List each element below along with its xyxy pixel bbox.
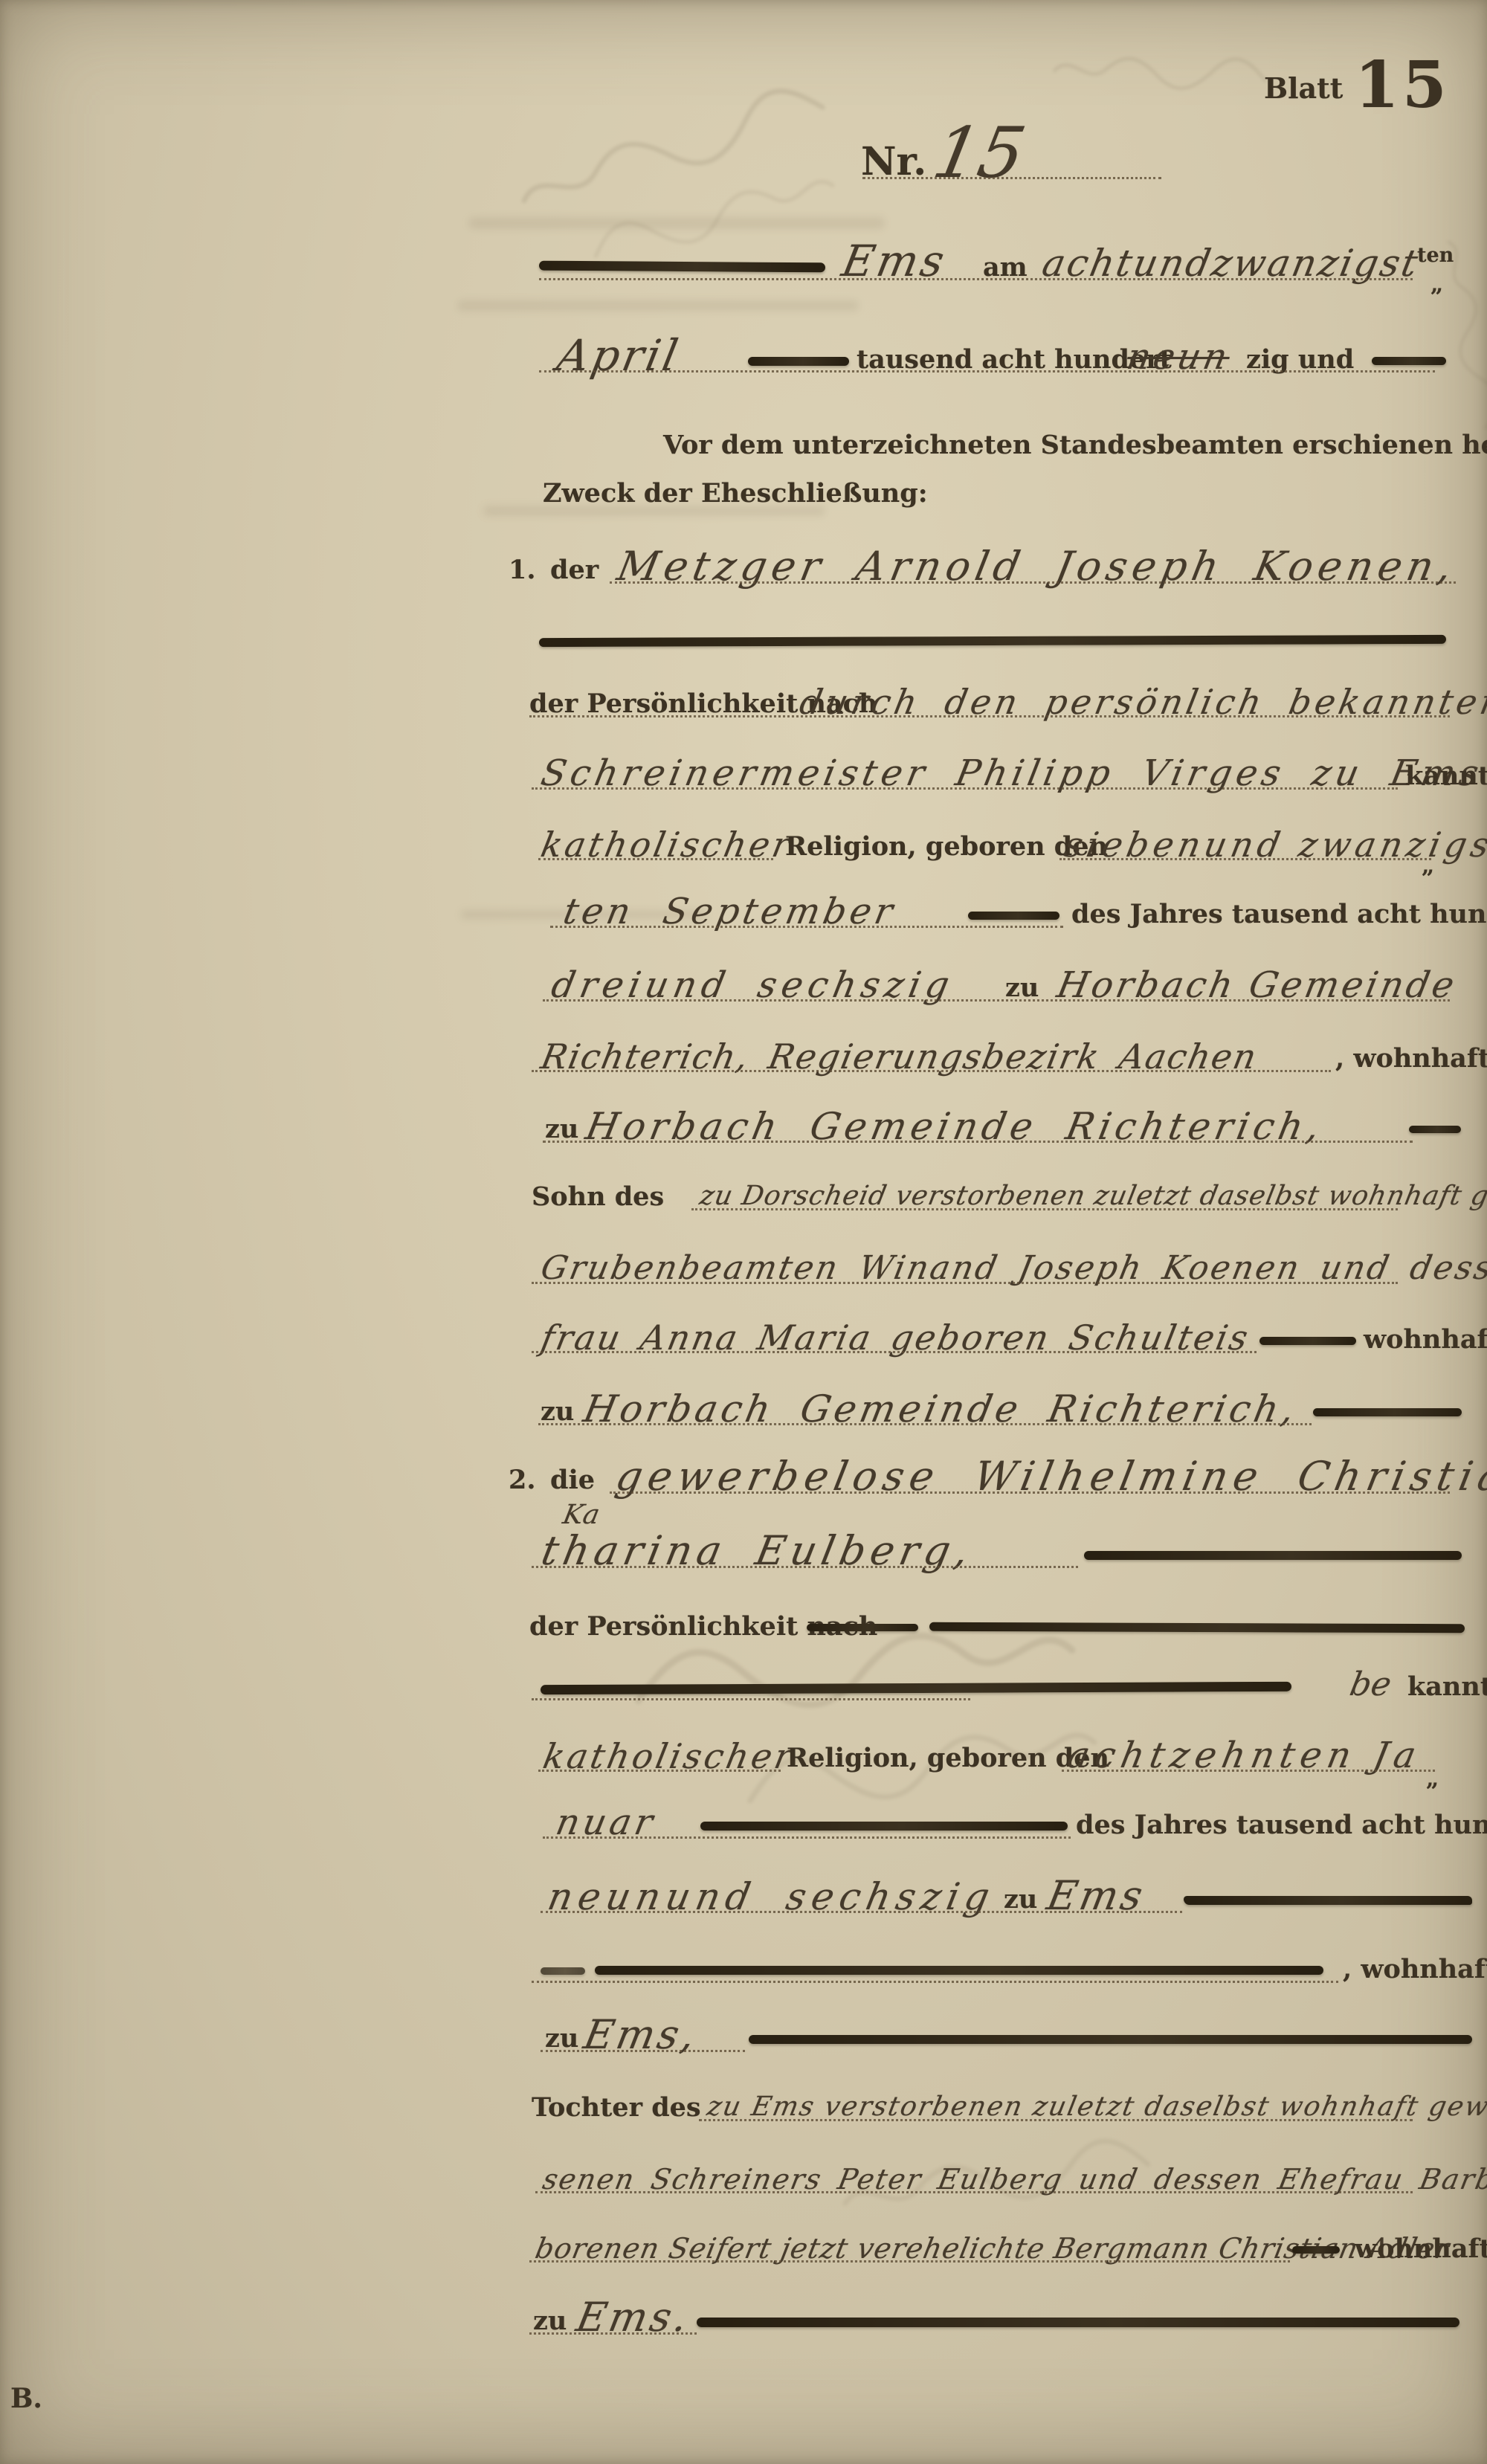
ink-fill-line	[1084, 1551, 1462, 1560]
groom-wohnhaft-label: , wohnhaft	[1335, 1045, 1487, 1071]
preamble-line1: Vor dem unterzeichneten Standesbeamten e…	[663, 432, 1487, 458]
bride-index: 2.	[509, 1467, 536, 1493]
ink-fill-line	[1409, 1126, 1461, 1133]
groom-parents-line2: Grubenbeamten Winand Joseph Koenen und d…	[538, 1252, 1487, 1285]
opening-day: achtundzwanzigst	[1039, 245, 1422, 282]
rule-dotted	[543, 1836, 1071, 1839]
bride-res2-zu-label: zu	[533, 2308, 567, 2334]
bride-religion: katholischer	[541, 1739, 798, 1773]
ink-fill-line	[748, 357, 849, 366]
bride-religion-label: Religion, geboren den	[787, 1745, 1109, 1771]
rule-dotted	[538, 1423, 1312, 1425]
bleedthrough-ghost	[1051, 48, 1268, 100]
bride-parents-line1: zu Ems verstorbenen zuletzt daselbst woh…	[705, 2094, 1487, 2120]
opening-am-label: am	[983, 254, 1028, 280]
bride-name: gewerbelose Wilhelmine Christiane	[613, 1457, 1487, 1497]
groom-article: der	[550, 557, 599, 583]
rule-dotted	[539, 370, 1435, 372]
opening-year-printed: tausend acht hundert	[857, 346, 1172, 372]
record-number-label: Nr.	[861, 143, 926, 181]
registry-scan-page: Blatt 15 Nr. 15 Ems am achtundzwanzigst …	[0, 0, 1487, 2464]
ink-fill-line	[1259, 1337, 1356, 1345]
rule-dotted	[532, 1981, 1338, 1983]
bride-birth-day2: nuar	[553, 1805, 659, 1840]
bride-wohnhaft2-label: wohnhaft	[1355, 2236, 1487, 2262]
ink-fill-line	[539, 261, 825, 273]
bleedthrough-smudge	[468, 217, 885, 229]
bride-parents-line2: senen Schreiners Peter Eulberg und desse…	[541, 2165, 1487, 2193]
ink-fill-line	[539, 635, 1446, 647]
groom-sohn-label: Sohn des	[532, 1184, 664, 1210]
bride-name-line2: tharina Eulberg,	[538, 1531, 977, 1571]
opening-day-suffix: ten	[1417, 245, 1454, 265]
opening-year-tail: zig und	[1246, 346, 1354, 372]
bride-zu-label: zu	[1004, 1886, 1037, 1912]
bride-kannt-label: kannt,	[1407, 1674, 1487, 1700]
groom-wohnhaft2-label: wohnhaft	[1364, 1326, 1487, 1352]
bride-residence2: Ems.	[573, 2297, 694, 2338]
ink-fill-line	[807, 1624, 918, 1631]
rule-dotted	[529, 2260, 1290, 2263]
bride-residence: Ems,	[581, 2015, 701, 2055]
groom-birth-place2: Richterich, Regierungsbezirk Aachen	[538, 1039, 1260, 1074]
groom-birth-day2: ten September	[561, 894, 900, 929]
groom-birth-year: dreiund sechszig	[549, 967, 957, 1003]
preamble-line2: Zweck der Eheschließung:	[543, 480, 928, 506]
ink-fill-line	[929, 1622, 1465, 1633]
rule-dotted	[532, 1070, 1331, 1072]
groom-parents-line1: zu Dorscheid verstorbenen zuletzt daselb…	[697, 1183, 1487, 1210]
bleedthrough-smudge	[457, 300, 859, 311]
groom-residence2: Horbach Gemeinde Richterich,	[581, 1390, 1301, 1428]
ink-fill-line	[700, 1822, 1068, 1831]
groom-identity-by2: Schreinermeister Philipp Virges zu Ems	[538, 755, 1486, 791]
groom-res2-zu-label: zu	[541, 1399, 574, 1425]
groom-res-zu-label: zu	[545, 1116, 578, 1142]
opening-place: Ems	[839, 239, 950, 283]
rule-dotted	[535, 2191, 1413, 2193]
ink-fill-line	[595, 1966, 1323, 1975]
bride-article: die	[550, 1467, 595, 1493]
ink-fill-line	[697, 2318, 1459, 2327]
bride-birth-place: Ems	[1044, 1876, 1149, 1916]
rule-dotted	[538, 1770, 781, 1772]
groom-zu-label: zu	[1005, 975, 1039, 1001]
groom-parents-line3: frau Anna Maria geboren Schulteis	[538, 1320, 1253, 1355]
rule-dotted	[541, 2050, 745, 2052]
rule-dotted	[543, 999, 1450, 1002]
hyphenation-mark: „	[1430, 274, 1443, 296]
groom-residence: Horbach Gemeinde Richterich,	[583, 1108, 1327, 1145]
rule-dotted	[543, 1141, 1413, 1143]
rule-dotted	[532, 787, 1398, 790]
groom-birth-place: Horbach Gemeinde	[1054, 967, 1460, 1003]
rule-dotted	[541, 1911, 1182, 1913]
groom-name: Metzger Arnold Joseph Koenen,	[614, 546, 1460, 587]
rule-dotted	[532, 1282, 1398, 1284]
ink-fill-line	[749, 2035, 1472, 2044]
ink-fill-line	[1184, 1896, 1472, 1905]
rule-dotted	[1062, 1770, 1435, 1772]
bride-name-insert: Ka	[561, 1502, 601, 1529]
ink-fill-line	[541, 1967, 585, 1975]
groom-index: 1.	[509, 557, 536, 583]
rule-dotted	[1059, 858, 1431, 860]
ink-fill-line	[1292, 2246, 1340, 2254]
rule-dotted	[862, 177, 1161, 179]
bride-wohnhaft-label: , wohnhaft	[1343, 1956, 1487, 1982]
sheet-label: Blatt	[1264, 74, 1343, 103]
rule-dotted	[539, 278, 1413, 280]
rule-dotted	[529, 2332, 697, 2335]
bride-year-label: des Jahres tausend acht hundert	[1076, 1812, 1487, 1838]
ink-fill-line	[1372, 357, 1446, 365]
rule-dotted	[538, 858, 773, 860]
bride-be: be	[1347, 1668, 1394, 1701]
rule-dotted	[529, 715, 1450, 717]
rule-dotted	[610, 581, 1456, 584]
opening-year-decade: neun	[1124, 339, 1233, 375]
rule-dotted	[550, 926, 1063, 928]
sheet-number: 15	[1355, 54, 1450, 117]
bride-birth-year: neunund sechszig	[545, 1878, 999, 1915]
bride-res-zu-label: zu	[545, 2025, 578, 2051]
page-footer-mark: B.	[10, 2385, 42, 2412]
bride-birth-day: achtzehnten Ja	[1065, 1738, 1425, 1773]
ink-fill-line	[1313, 1408, 1462, 1416]
rule-dotted	[532, 1351, 1257, 1353]
groom-kannt-label: kannt,	[1405, 763, 1487, 789]
rule-dotted	[699, 2119, 1413, 2121]
rule-dotted	[532, 1698, 970, 1700]
rule-dotted	[691, 1208, 1398, 1210]
groom-religion: katholischer	[538, 828, 796, 862]
rule-dotted	[610, 1491, 1450, 1494]
bride-tochter-label: Tochter des	[532, 2094, 701, 2120]
groom-year-label: des Jahres tausend acht hundert	[1071, 901, 1487, 927]
ink-fill-line	[968, 912, 1059, 920]
groom-religion-label: Religion, geboren den	[785, 833, 1108, 860]
rule-dotted	[532, 1566, 1078, 1568]
groom-identity-by: durch den persönlich bekannten	[797, 685, 1487, 719]
